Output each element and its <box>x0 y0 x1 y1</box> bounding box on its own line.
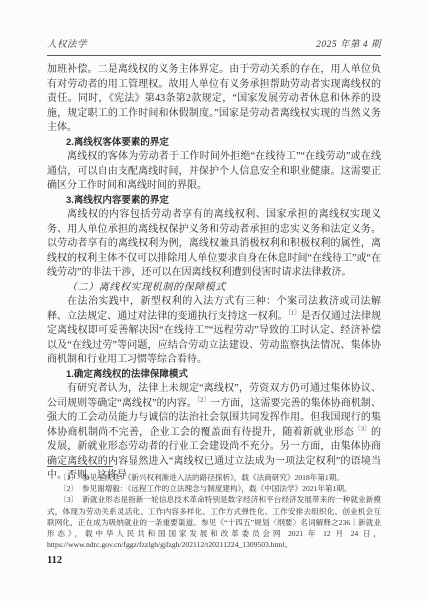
footnotes-section: 〔1〕 参见王庆廷：《新兴权利渐进入法的路径探析》，载《法商研究》2018年第1… <box>47 466 381 550</box>
body-paragraph: 在法治实践中，新型权利的入法方式有三种：个案司法救济或司法解释、立法规定、通过对… <box>47 295 381 368</box>
section-heading: 2.离线权客体要素的界定 <box>47 136 381 151</box>
footnotes-list: 〔1〕 参见王庆廷：《新兴权利渐进入法的路径探析》，载《法商研究》2018年第1… <box>47 472 381 550</box>
footnote-reference: 〔3〕 <box>354 425 371 432</box>
journal-title: 人权法学 <box>47 36 87 50</box>
body-paragraph: 离线权的客体为劳动者于工作时间外拒绝“在线待工”“在线劳动”或在线通信，可以自由… <box>47 150 381 194</box>
running-head: 人权法学 2025 年第 4 期 <box>47 36 381 50</box>
page-number: 112 <box>47 555 62 566</box>
footnote-item: 〔3〕 新就业形态是指新一轮信息技术革命特别是数字经济和平台经济发展带来的一种就… <box>47 494 381 550</box>
footnote-separator <box>47 466 113 467</box>
footnote-item: 〔1〕 参见王庆廷：《新兴权利渐进入法的路径探析》，载《法商研究》2018年第1… <box>47 472 381 483</box>
section-heading: 1.确定离线权的法律保障模式 <box>47 368 381 383</box>
body-paragraph: 离线权的内容包括劳动者享有的离线权利、国家承担的离线权实现义务、用人单位承担的离… <box>47 208 381 281</box>
header-rule <box>47 55 381 56</box>
journal-page: 人权法学 2025 年第 4 期 加班补偿。二是离线权的义务主体界定。由于劳动关… <box>0 0 427 601</box>
body-paragraph: 加班补偿。二是离线权的义务主体界定。由于劳动关系的存在，用人单位负有对劳动者的用… <box>47 63 381 136</box>
section-heading: （二）离线权实现机制的保障模式 <box>47 281 381 296</box>
footnote-reference: 〔1〕 <box>288 309 301 316</box>
section-heading: 3.离线权内容要素的界定 <box>47 194 381 209</box>
body-text: 加班补偿。二是离线权的义务主体界定。由于劳动关系的存在，用人单位负有对劳动者的用… <box>47 63 381 484</box>
footnote-reference: 〔2〕 <box>197 396 210 403</box>
issue-label: 2025 年第 4 期 <box>316 36 381 50</box>
footnote-item: 〔2〕 参见谢增毅：《远程工作的立法理念与制度建构》，载《中国法学》2021年第… <box>47 483 381 494</box>
